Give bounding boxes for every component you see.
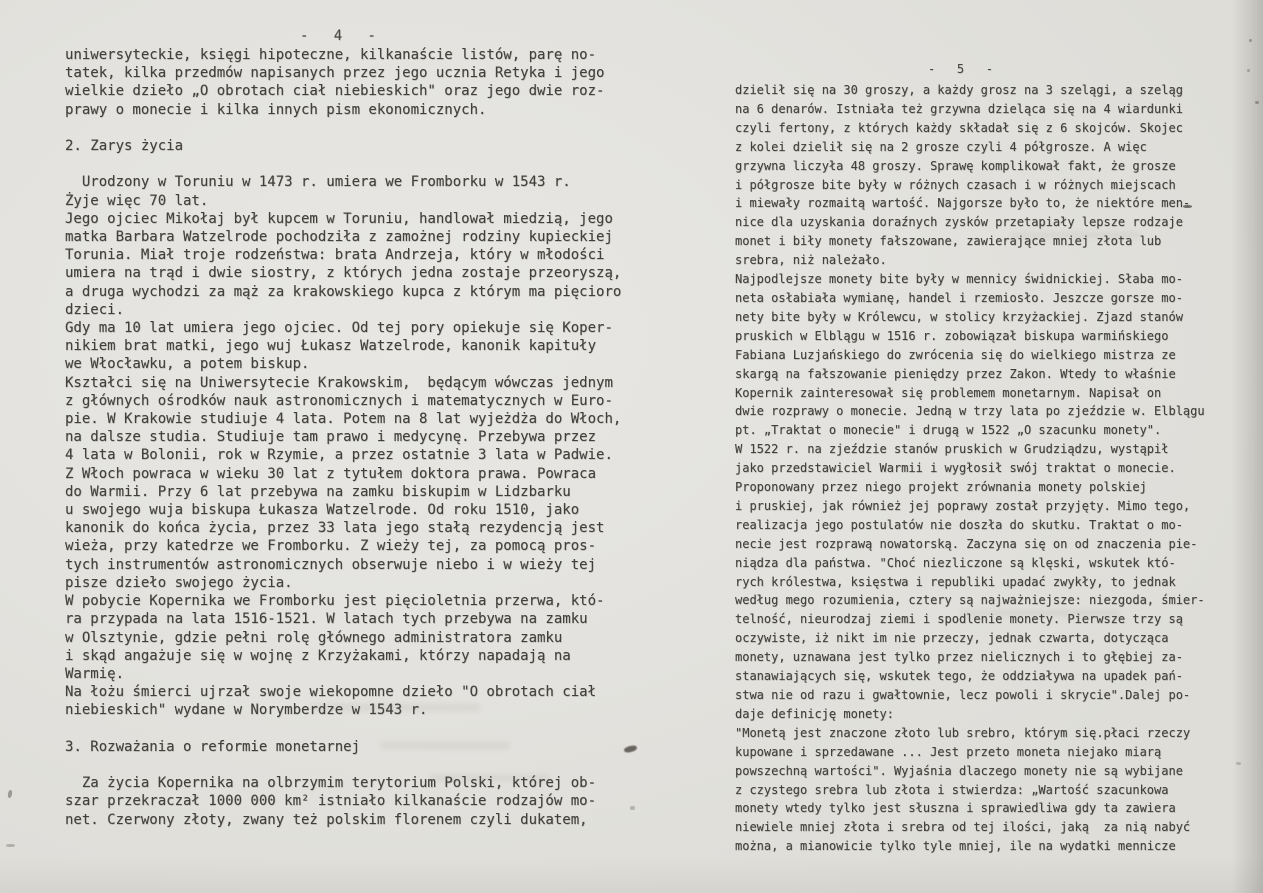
text-line: dzieci. xyxy=(65,301,621,319)
text-line: pisze dzieło swojego życia. xyxy=(65,574,621,592)
text-line: i pruskiej, jak również jej poprawy zost… xyxy=(735,497,1205,516)
text-line: kupowane i sprzedawane ... Jest przeto m… xyxy=(735,743,1205,762)
text-line: Kształci się na Uniwersytecie Krakowskim… xyxy=(65,374,621,392)
text-line: stwa nie od razu i gwałtownie, lecz powo… xyxy=(735,686,1205,705)
text-line: a druga wychodzi za mąż za krakowskiego … xyxy=(65,283,621,301)
text-line: jako przedstawiciel Warmii i wygłosił sw… xyxy=(735,459,1205,478)
text-line: kanonik do końca życia, przez 33 lata je… xyxy=(65,519,621,537)
text-line: monety wtedy tylko jest słuszna i sprawi… xyxy=(735,799,1205,818)
scan-speck xyxy=(1249,39,1252,42)
text-line: nice dla uzyskania doraźnych zysków prze… xyxy=(735,213,1205,232)
text-line: Z Włoch powraca w wieku 30 lat z tytułem… xyxy=(65,465,621,483)
ink-bleed-ghost xyxy=(310,704,480,711)
text-line: pruskich w Elblągu w 1516 r. zobowiązał … xyxy=(735,327,1205,346)
text-line: z głównych ośrodków nauk astronomicznych… xyxy=(65,392,621,410)
text-line: niądza dla państwa. "Choć niezliczone są… xyxy=(735,554,1205,573)
text-line: niewiele mniej złota i srebra od tej ilo… xyxy=(735,818,1205,837)
text-line: pt. „Traktat o monecie" i drugą w 1522 „… xyxy=(735,421,1205,440)
text-line: matka Barbara Watzelrode pochodziła z za… xyxy=(65,228,621,246)
text-line: "Monetą jest znaczone złoto lub srebro, … xyxy=(735,724,1205,743)
text-line: i półgrosze bite były w różnych czasach … xyxy=(735,176,1205,195)
text-line: szar przekraczał 1000 000 km² istniało k… xyxy=(65,792,621,810)
scan-speck xyxy=(1183,205,1192,208)
text-line: monety, uznawana jest tylko przez nielic… xyxy=(735,648,1205,667)
text-line: tatek, kilka przedmów napisanych przez j… xyxy=(65,64,621,82)
text-line: w Olsztynie, gdzie pełni rolę głównego a… xyxy=(65,629,621,647)
text-line xyxy=(65,756,621,774)
text-line: powszechną wartości". Wyjaśnia dlaczego … xyxy=(735,762,1205,781)
text-line: uniwersyteckie, księgi hipoteczne, kilka… xyxy=(65,46,621,64)
text-line: na 6 denarów. Istniała też grzywna dziel… xyxy=(735,100,1205,119)
text-line xyxy=(65,119,621,137)
text-line: umiera na trąd i dwie siostry, z których… xyxy=(65,264,621,282)
text-line: z kolei dzielił się na 2 grosze czyli 4 … xyxy=(735,138,1205,157)
text-line: do Warmii. Przy 6 lat przebywa na zamku … xyxy=(65,483,621,501)
text-line: Kopernik zainteresował się problemem mon… xyxy=(735,384,1205,403)
text-line: oczywiste, iż nikt im nie przeczy, jedna… xyxy=(735,629,1205,648)
text-line: Najpodlejsze monety bite były w mennicy … xyxy=(735,270,1205,289)
text-line: u swojego wuja biskupa Łukasza Watzelrod… xyxy=(65,501,621,519)
text-line: i skąd angażuje się w wojnę z Krzyżakami… xyxy=(65,647,621,665)
text-line: 4 lata w Bolonii, rok w Rzymie, a przez … xyxy=(65,446,621,464)
page-number-right: - 5 - xyxy=(928,62,993,76)
scan-speck xyxy=(1255,101,1259,104)
text-line: W pobycie Kopernika we Fromborku jest pi… xyxy=(65,592,621,610)
scan-speck xyxy=(1247,69,1250,72)
text-line: Fabiana Luzjańskiego do zwrócenia się do… xyxy=(735,346,1205,365)
text-line: Proponowany przez niego projekt zrównani… xyxy=(735,478,1205,497)
text-line: realizacja jego postulatów nie doszła do… xyxy=(735,516,1205,535)
ink-bleed-ghost xyxy=(960,610,1120,616)
text-line: Na łożu śmierci ujrzał swoje wiekopomne … xyxy=(65,683,621,701)
scan-speck xyxy=(630,806,635,810)
text-line: neta osłabiała wymianę, handel i rzemios… xyxy=(735,289,1205,308)
text-line: wieża, przy katedrze we Fromborku. Z wie… xyxy=(65,537,621,555)
text-line: czyli fertony, z których każdy składał s… xyxy=(735,119,1205,138)
scan-speck xyxy=(1236,762,1241,765)
text-line: W 1522 r. na zjeździe stanów pruskich w … xyxy=(735,440,1205,459)
ink-bleed-ghost xyxy=(380,742,510,749)
text-line: Warmię. xyxy=(65,665,621,683)
text-line: 3. Rozważania o reformie monetarnej xyxy=(65,738,621,756)
scan-speck xyxy=(623,745,637,754)
text-line: Urodzony w Toruniu w 1473 r. umiera we F… xyxy=(65,173,621,191)
text-line: stanawiających się, wskutek tego, że odd… xyxy=(735,667,1205,686)
text-line: Torunia. Miał troje rodzeństwa: brata An… xyxy=(65,246,621,264)
text-line: tych instrumentów astronomicznych obserw… xyxy=(65,556,621,574)
page-5-text-column: dzielił się na 30 groszy, a każdy grosz … xyxy=(735,81,1205,856)
text-line: pie. W Krakowie studiuje 4 lata. Potem n… xyxy=(65,410,621,428)
text-line xyxy=(65,155,621,173)
text-line xyxy=(65,720,621,738)
text-line: daje definicję monety: xyxy=(735,705,1205,724)
text-line: można, a mianowicie tylko tyle mniej, il… xyxy=(735,837,1205,856)
scanned-document: - 4 - uniwersyteckie, księgi hipoteczne,… xyxy=(0,0,1263,893)
text-line: dzielił się na 30 groszy, a każdy grosz … xyxy=(735,81,1205,100)
page-4-text-column: uniwersyteckie, księgi hipoteczne, kilka… xyxy=(65,46,621,829)
text-line: 2. Zarys życia xyxy=(65,137,621,155)
text-line: wielkie dzieło „O obrotach ciał niebiesk… xyxy=(65,82,621,100)
text-line: grzywna liczyła 48 groszy. Sprawę kompli… xyxy=(735,157,1205,176)
text-line: ra przypada na lata 1516-1521. W latach … xyxy=(65,610,621,628)
text-line: i miewały rozmaitą wartość. Najgorsze by… xyxy=(735,194,1205,213)
text-line: necie jest rozprawą nowatorską. Zaczyna … xyxy=(735,535,1205,554)
text-line: nety bite były w Królewcu, w stolicy krz… xyxy=(735,308,1205,327)
ink-bleed-ghost xyxy=(430,775,550,781)
text-line: Gdy ma 10 lat umiera jego ojciec. Od tej… xyxy=(65,319,621,337)
text-line: nikiem brat matki, jego wuj Łukasz Watze… xyxy=(65,337,621,355)
text-line: srebra, niż należało. xyxy=(735,251,1205,270)
text-line: prawy o monecie i kilka innych pism ekon… xyxy=(65,101,621,119)
text-line: dwie rozprawy o monecie. Jedną w trzy la… xyxy=(735,402,1205,421)
text-line: według mego rozumienia, cztery są najważ… xyxy=(735,591,1205,610)
scan-speck xyxy=(6,844,15,847)
page-number-left: - 4 - xyxy=(300,28,376,44)
text-line: we Włocławku, a potem biskup. xyxy=(65,355,621,373)
scan-speck xyxy=(7,790,12,799)
text-line: skargą na fałszowanie pieniędzy przez Za… xyxy=(735,365,1205,384)
text-line: Jego ojciec Mikołaj był kupcem w Toruniu… xyxy=(65,210,621,228)
ink-bleed-ghost xyxy=(1010,232,1140,238)
text-line: Żyje więc 70 lat. xyxy=(65,192,621,210)
text-line: z czystego srebra lub złota i stwierdza:… xyxy=(735,781,1205,800)
text-line: net. Czerwony złoty, zwany też polskim f… xyxy=(65,811,621,829)
text-line: na dalsze studia. Studiuje tam prawo i m… xyxy=(65,428,621,446)
text-line: rych królestwa, księstwa i republiki upa… xyxy=(735,573,1205,592)
